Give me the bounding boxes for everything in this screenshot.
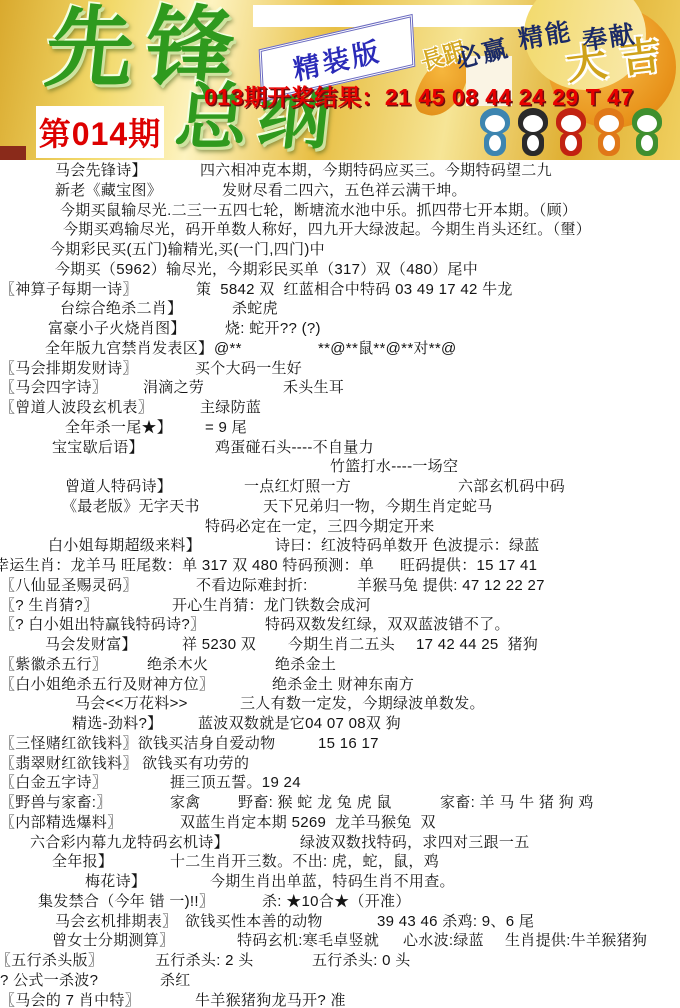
- mascot-belly: [527, 135, 539, 151]
- tip-sheet-page: 先锋 总纲 精装版 必赢 精能 奉献 長跟 大吉 013期开奖结果：21 45 …: [0, 0, 680, 1008]
- blue-fuwa: [478, 108, 512, 160]
- text-segment: 〖内部精选爆料〗: [0, 813, 122, 832]
- mascot-face: [637, 115, 657, 132]
- text-segment: 生肖提供:牛羊猴猪狗: [505, 931, 647, 950]
- text-row: 幸运生肖：龙羊马 旺尾数：单 317 双 480 特码预测：单旺码提供：15 1…: [0, 555, 680, 575]
- text-row: 〖三怪赌红欲钱料〗欲钱买洁身自爱动物15 16 17: [0, 733, 680, 753]
- text-row: 宝宝歇后语】鸡蛋碰石头----不自量力: [0, 437, 680, 457]
- text-row: 〖? 生肖猜?〗开心生肖猜：龙门铁数会成河: [0, 595, 680, 615]
- text-row: 今期买（5962）输尽光，今期彩民买单（317）双（480）尾中: [0, 259, 680, 279]
- text-segment: 买个大码一生好: [195, 359, 302, 378]
- text-segment: 宝宝歇后语】: [52, 438, 144, 457]
- text-segment: 六合彩内幕九龙特码玄机诗】: [30, 833, 229, 852]
- text-segment: 〖白金五字诗〗: [0, 773, 107, 792]
- text-segment: 今期买鸡输尽光，码开单数人称好，四九开大绿波起。今期生肖头还红。（壐）: [63, 220, 591, 239]
- text-segment: 绿波双数找特码，求四对三跟一五: [300, 833, 530, 852]
- text-segment: 17 42 44 25 猪狗: [416, 635, 538, 654]
- text-segment: 曾女士分期测算〗: [52, 931, 174, 950]
- slogan-fengxian: 奉献: [580, 14, 639, 57]
- text-segment: 绝杀金土 财神东南方: [272, 675, 414, 694]
- text-row: 〖? 白小姐出特赢钱特码诗?〗特码双数发红绿，双双蓝波错不了。: [0, 614, 680, 634]
- orange-fuwa: [592, 108, 626, 160]
- text-segment: 旺码提供：15 17 41: [400, 556, 537, 575]
- text-segment: 欲钱买性本善的动物: [185, 912, 323, 931]
- text-segment: 台综合绝杀二肖】: [60, 299, 182, 318]
- panda-fuwa: [516, 108, 550, 160]
- text-segment: 15 16 17: [318, 734, 379, 753]
- text-row: 马会玄机排期表〗欲钱买性本善的动物39 43 46 杀鸡: 9、6 尾: [0, 911, 680, 931]
- text-segment: 捱三顶五誓。19 24: [170, 773, 301, 792]
- text-row: 竹篮打水----一场空: [0, 456, 680, 476]
- text-segment: 双蓝生肖定本期 5269 龙羊马猴兔 双: [180, 813, 436, 832]
- text-row: 〖白金五字诗〗捱三顶五誓。19 24: [0, 772, 680, 792]
- text-segment: 〖三怪赌红欲钱料〗欲钱买洁身自爱动物: [0, 734, 275, 753]
- masthead: 先锋 总纲 精装版 必赢 精能 奉献 長跟 大吉 013期开奖结果：21 45 …: [0, 0, 680, 162]
- text-segment: 〖野兽与家畜:〗: [0, 793, 112, 812]
- mascot-head: [632, 108, 662, 134]
- text-segment: 心水波:绿蓝: [403, 931, 484, 950]
- text-segment: 杀蛇虎: [232, 299, 278, 318]
- red-fuwa: [554, 108, 588, 160]
- text-segment: 全年报】: [52, 852, 113, 871]
- text-segment: 今期买鼠输尽光.二三一五四七轮，断塘流水池中乐。抓四带七开本期。（顾）: [60, 201, 577, 220]
- mascot-face: [561, 115, 581, 132]
- green-fuwa: [630, 108, 664, 160]
- text-segment: 烧: 蛇开?? (?): [225, 319, 321, 338]
- mascot-body: [522, 132, 544, 156]
- text-segment: 〖曾道人波段玄机表〗: [0, 398, 153, 417]
- text-row: 《最老版》无字天书天下兄弟归一物，今期生肖定蛇马: [0, 496, 680, 516]
- text-segment: 杀: ★10合★（开准）: [262, 892, 411, 911]
- text-segment: 马会<<万花料>>: [75, 694, 188, 713]
- text-segment: 今期生肖二五头: [288, 635, 395, 654]
- text-row: 马会<<万花料>>三人有数一定发，今期绿波单数发。: [0, 693, 680, 713]
- content-rows: 马会先锋诗】四六相冲克本期，今期特码应买三。今期特码望二九新老《藏宝图》发财尽看…: [0, 160, 680, 1008]
- text-row: 曾女士分期测算〗特码玄机:寒毛卓竖就心水波:绿蓝生肖提供:牛羊猴猪狗: [0, 930, 680, 950]
- text-segment: @**: [214, 339, 242, 358]
- mascot-body: [598, 132, 620, 156]
- text-segment: 不看边际难封折:: [196, 576, 308, 595]
- text-segment: 精选-劲料?】: [72, 714, 162, 733]
- text-segment: 〖紫徽杀五行〗: [0, 655, 107, 674]
- text-row: 全年报】十二生肖开三数。不出: 虎，蛇，鼠，鸡: [0, 851, 680, 871]
- text-row: ? 公式一杀波?杀红: [0, 970, 680, 990]
- text-segment: 特码玄机:寒毛卓竖就: [237, 931, 379, 950]
- text-row: 〖翡翠财红欲钱料〗 欲钱买有功劳的: [0, 753, 680, 773]
- text-segment: 一点红灯照一方: [244, 477, 351, 496]
- mascot-row: [0, 106, 680, 162]
- text-segment: 〖翡翠财红欲钱料〗 欲钱买有功劳的: [0, 754, 249, 773]
- text-row: 〖野兽与家畜:〗家禽野畜: 猴 蛇 龙 兔 虎 鼠家畜: 羊 马 牛 猪 狗 鸡: [0, 792, 680, 812]
- text-segment: 白小姐每期超级来料】: [48, 536, 201, 555]
- text-segment: 四六相冲克本期，今期特码应买三。今期特码望二九: [200, 161, 552, 180]
- text-segment: 曾道人特码诗】: [65, 477, 172, 496]
- text-segment: 梅花诗】: [85, 872, 146, 891]
- text-row: 〖白小姐绝杀五行及财神方位〗绝杀金土 财神东南方: [0, 674, 680, 694]
- text-row: 今期买鼠输尽光.二三一五四七轮，断塘流水池中乐。抓四带七开本期。（顾）: [0, 200, 680, 220]
- text-segment: 〖神算子每期一诗〗: [0, 280, 138, 299]
- text-segment: 特码双数发红绿，双双蓝波错不了。: [265, 615, 510, 634]
- text-row: 集发禁合（今年 错 一)!!〗杀: ★10合★（开准）: [0, 891, 680, 911]
- text-segment: 马会玄机排期表〗: [55, 912, 177, 931]
- text-segment: 发财尽看二四六，五色祥云满干坤。: [222, 181, 467, 200]
- text-row: 今期彩民买(五门)输精光,买(一门,四门)中: [0, 239, 680, 259]
- text-segment: 特码必定在一定，三四今期定开来: [205, 517, 435, 536]
- mascot-face: [523, 115, 543, 132]
- text-row: 马会发财富】祥 5230 双今期生肖二五头17 42 44 25 猪狗: [0, 634, 680, 654]
- text-segment: 鸡蛋碰石头----不自量力: [215, 438, 374, 457]
- text-segment: 蓝波双数就是它04 07 08双 狗: [198, 714, 401, 733]
- text-row: 富豪小子火烧肖图】烧: 蛇开?? (?): [0, 318, 680, 338]
- text-row: 〖八仙显圣赐灵码〗不看边际难封折:羊猴马兔 提供: 47 12 22 27: [0, 575, 680, 595]
- text-segment: 五行杀头: 0 头: [312, 951, 411, 970]
- text-segment: 涓滴之劳: [143, 378, 204, 397]
- text-row: 全年杀一尾★】= 9 尾: [0, 417, 680, 437]
- text-row: 梅花诗】今期生肖出单蓝，特码生肖不用查。: [0, 871, 680, 891]
- text-row: 〖马会的 7 肖中特〗牛羊猴猪狗龙马开? 准: [0, 990, 680, 1008]
- mascot-body: [636, 132, 658, 156]
- text-row: 〖五行杀头版〗五行杀头: 2 头五行杀头: 0 头: [0, 950, 680, 970]
- text-segment: 〖马会排期发财诗〗: [0, 359, 138, 378]
- text-segment: 十二生肖开三数。不出: 虎，蛇，鼠，鸡: [170, 852, 439, 871]
- text-segment: ? 公式一杀波?: [0, 971, 98, 990]
- text-segment: 祥 5230 双: [182, 635, 256, 654]
- text-segment: 野畜: 猴 蛇 龙 兔 虎 鼠: [238, 793, 392, 812]
- previous-draw-result: 013期开奖结果：21 45 08 44 24 29 T 47: [204, 79, 634, 112]
- text-segment: 全年版九宫禁肖发表区】: [45, 339, 213, 358]
- mascot-body: [484, 132, 506, 156]
- text-segment: 羊猴马兔 提供: 47 12 22 27: [357, 576, 545, 595]
- text-segment: 幸运生肖：龙羊马 旺尾数：单 317 双 480 特码预测：单: [0, 556, 374, 575]
- text-segment: 今期买（5962）输尽光，今期彩民买单（317）双（480）尾中: [55, 260, 478, 279]
- text-segment: 全年杀一尾★】: [65, 418, 172, 437]
- text-row: 精选-劲料?】蓝波双数就是它04 07 08双 狗: [0, 713, 680, 733]
- mascot-body: [560, 132, 582, 156]
- text-segment: 〖八仙显圣赐灵码〗: [0, 576, 138, 595]
- text-segment: 〖马会四字诗〗: [0, 378, 107, 397]
- text-row: 〖紫徽杀五行〗绝杀木火绝杀金土: [0, 654, 680, 674]
- text-row: 今期买鸡输尽光，码开单数人称好，四九开大绿波起。今期生肖头还红。（壐）: [0, 219, 680, 239]
- text-segment: 家禽: [170, 793, 201, 812]
- text-row: 〖内部精选爆料〗双蓝生肖定本期 5269 龙羊马猴兔 双: [0, 812, 680, 832]
- text-segment: = 9 尾: [205, 418, 247, 437]
- text-segment: 策 5842 双 红蓝相合中特码 03 49 17 42 牛龙: [196, 280, 513, 299]
- text-segment: 六部玄机码中码: [458, 477, 565, 496]
- mascot-belly: [565, 135, 577, 151]
- text-segment: 牛羊猴猪狗龙马开? 准: [195, 991, 346, 1008]
- text-segment: 今期彩民买(五门)输精光,买(一门,四门)中: [50, 240, 325, 259]
- mascot-face: [485, 115, 505, 132]
- text-segment: 竹篮打水----一场空: [330, 457, 458, 476]
- text-row: 〖马会排期发财诗〗买个大码一生好: [0, 358, 680, 378]
- text-segment: 今期生肖出单蓝，特码生肖不用查。: [210, 872, 455, 891]
- text-segment: 〖马会的 7 肖中特〗: [0, 991, 140, 1008]
- text-segment: 新老《藏宝图》: [55, 181, 162, 200]
- text-row: 六合彩内幕九龙特码玄机诗】绿波双数找特码，求四对三跟一五: [0, 832, 680, 852]
- text-segment: 主绿防蓝: [200, 398, 261, 417]
- mascot-belly: [641, 135, 653, 151]
- text-segment: 家畜: 羊 马 牛 猪 狗 鸡: [440, 793, 594, 812]
- text-row: 新老《藏宝图》发财尽看二四六，五色祥云满干坤。: [0, 180, 680, 200]
- text-segment: 绝杀金土: [275, 655, 336, 674]
- text-segment: 三人有数一定发，今期绿波单数发。: [240, 694, 485, 713]
- text-segment: 禾头生耳: [283, 378, 344, 397]
- text-segment: 绝杀木火: [147, 655, 208, 674]
- text-row: 〖马会四字诗〗涓滴之劳禾头生耳: [0, 377, 680, 397]
- text-segment: 诗曰：红波特码单数开 色波提示：绿蓝: [275, 536, 540, 555]
- text-segment: 《最老版》无字天书: [62, 497, 200, 516]
- text-segment: 〖? 生肖猜?〗: [0, 596, 98, 615]
- text-segment: 39 43 46 杀鸡: 9、6 尾: [377, 912, 534, 931]
- mascot-belly: [603, 135, 615, 151]
- text-segment: 天下兄弟归一物，今期生肖定蛇马: [263, 497, 493, 516]
- mascot-belly: [489, 135, 501, 151]
- text-segment: 马会先锋诗】: [55, 161, 147, 180]
- text-segment: 杀红: [160, 971, 191, 990]
- text-segment: 马会发财富】: [45, 635, 137, 654]
- text-segment: 〖五行杀头版〗: [0, 951, 103, 970]
- text-row: 曾道人特码诗】一点红灯照一方六部玄机码中码: [0, 476, 680, 496]
- text-segment: 〖? 白小姐出特赢钱特码诗?〗: [0, 615, 205, 634]
- text-row: 〖曾道人波段玄机表〗主绿防蓝: [0, 397, 680, 417]
- text-row: 马会先锋诗】四六相冲克本期，今期特码应买三。今期特码望二九: [0, 160, 680, 180]
- text-row: 白小姐每期超级来料】诗曰：红波特码单数开 色波提示：绿蓝: [0, 535, 680, 555]
- text-segment: 五行杀头: 2 头: [155, 951, 254, 970]
- text-segment: 集发禁合（今年 错 一)!!〗: [38, 892, 214, 911]
- text-row: 特码必定在一定，三四今期定开来: [0, 516, 680, 536]
- mascot-face: [599, 115, 619, 132]
- text-segment: 富豪小子火烧肖图】: [48, 319, 186, 338]
- text-segment: 开心生肖猜：龙门铁数会成河: [172, 596, 371, 615]
- text-row: 台综合绝杀二肖】杀蛇虎: [0, 298, 680, 318]
- text-row: 全年版九宫禁肖发表区】@****@**鼠**@**对**@: [0, 338, 680, 358]
- text-row: 〖神算子每期一诗〗策 5842 双 红蓝相合中特码 03 49 17 42 牛龙: [0, 279, 680, 299]
- text-segment: 〖白小姐绝杀五行及财神方位〗: [0, 675, 214, 694]
- text-segment: **@**鼠**@**对**@: [318, 339, 457, 358]
